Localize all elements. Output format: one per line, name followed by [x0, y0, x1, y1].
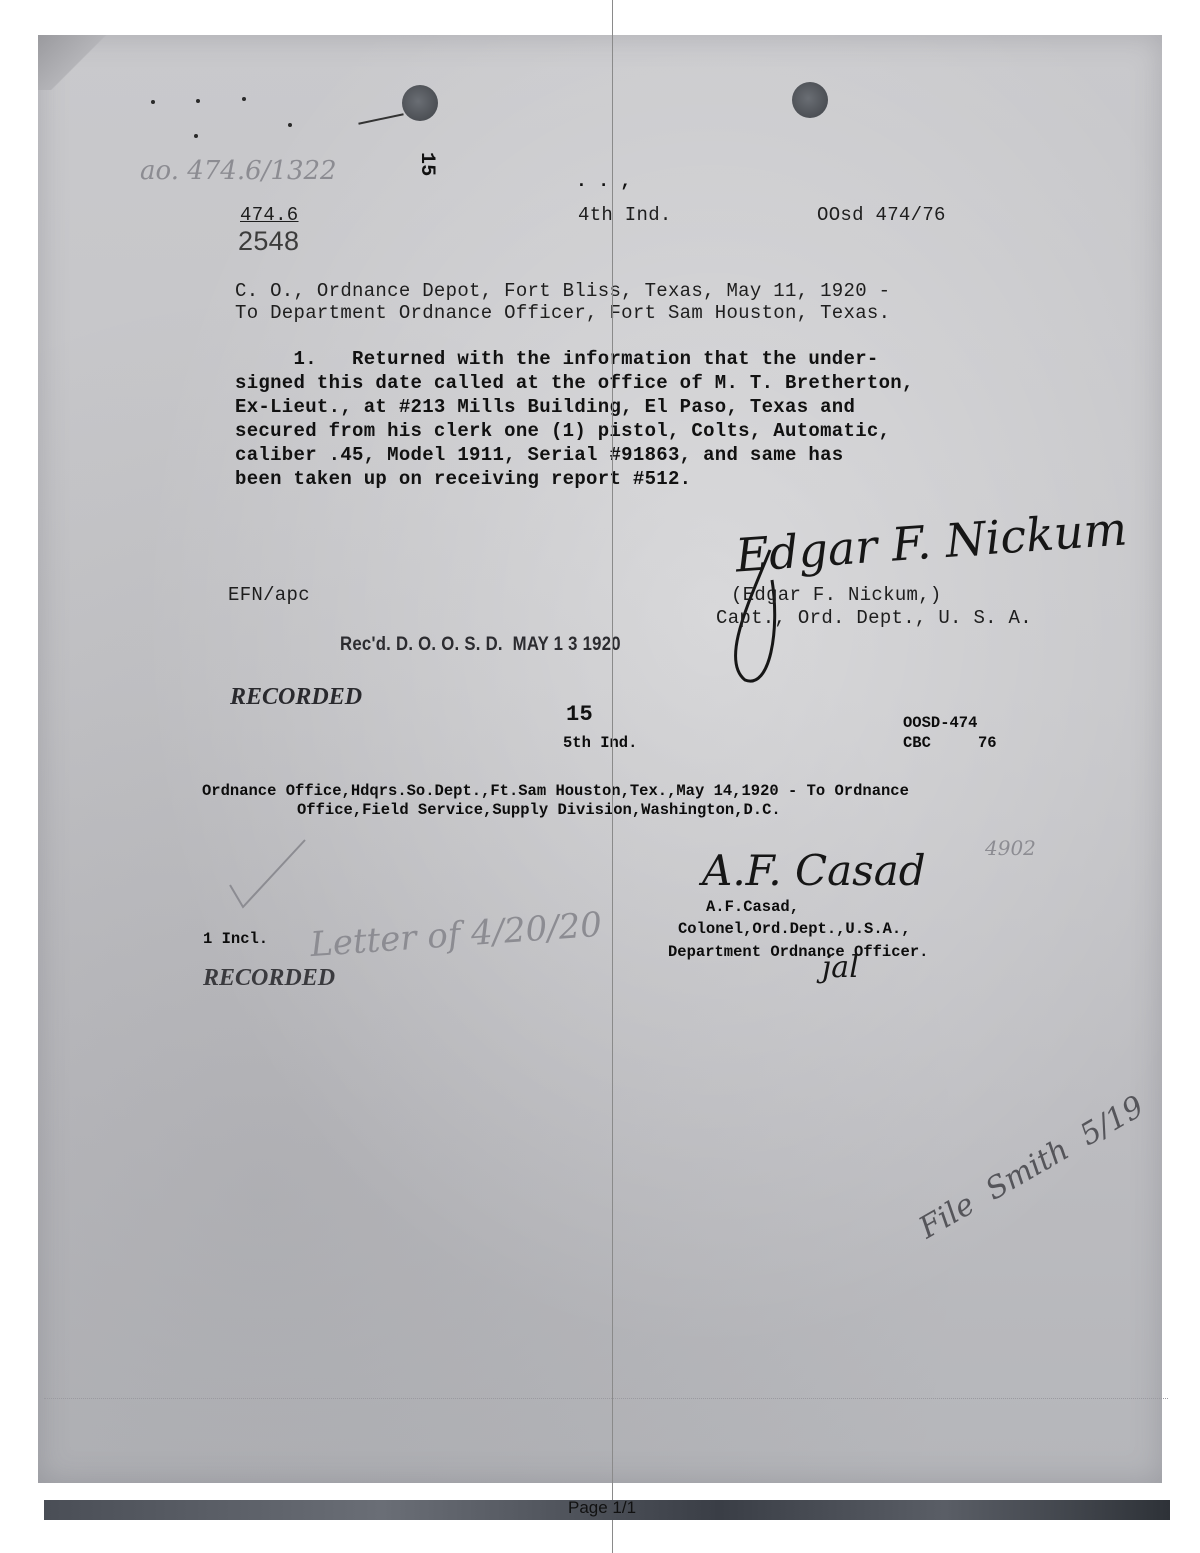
- corner-fold: [38, 35, 118, 90]
- paragraph-line: been taken up on receiving report #512.: [235, 468, 691, 490]
- signer-1-name: (Edgar F. Nickum,): [731, 584, 942, 606]
- indorsement-4-label: 4th Ind.: [578, 204, 672, 226]
- page-indicator: Page 1/1: [568, 1498, 636, 1518]
- received-stamp: Rec'd. D. O. O. S. D. MAY 1 3 1920: [340, 634, 621, 656]
- signer-2-initials: jal: [822, 950, 859, 985]
- speck: [288, 123, 292, 127]
- office-reference-5-label: CBC: [903, 734, 931, 752]
- file-number: 474.6: [240, 204, 299, 226]
- office-reference-5-top: OOSD-474: [903, 714, 977, 732]
- punch-hole-left: [402, 85, 438, 121]
- from-line-1: C. O., Ordnance Depot, Fort Bliss, Texas…: [235, 280, 890, 302]
- paragraph-line: caliber .45, Model 1911, Serial #91863, …: [235, 444, 844, 466]
- recorded-stamp-2: RECORDED: [203, 965, 335, 992]
- speck: [196, 99, 200, 103]
- pencil-file-reference: ao. 474.6/1322: [140, 156, 337, 186]
- mid-mark: 15: [566, 702, 593, 727]
- from-5-line-1: Ordnance Office,Hdqrs.So.Dept.,Ft.Sam Ho…: [202, 782, 909, 800]
- office-reference-5-number: 76: [978, 734, 997, 752]
- initials-reference: EFN/apc: [228, 584, 310, 606]
- paragraph-line: signed this date called at the office of…: [235, 372, 914, 394]
- pencil-number: 4902: [985, 836, 1036, 860]
- paragraph-line: Ex-Lieut., at #213 Mills Building, El Pa…: [235, 396, 855, 418]
- speck: [242, 97, 246, 101]
- document-page: [38, 35, 1162, 1483]
- enclosure-count: 1 Incl.: [203, 930, 268, 948]
- top-mark: 15: [415, 152, 438, 177]
- office-reference-4: OOsd 474/76: [817, 204, 946, 226]
- signer-2-name: A.F.Casad,: [706, 898, 799, 916]
- paragraph-line: 1. Returned with the information that th…: [235, 348, 879, 370]
- recorded-stamp-1: RECORDED: [230, 684, 362, 711]
- paragraph-line: secured from his clerk one (1) pistol, C…: [235, 420, 890, 442]
- punch-hole-right: [792, 82, 828, 118]
- from-line-2: To Department Ordnance Officer, Fort Sam…: [235, 302, 890, 324]
- speck: [194, 134, 198, 138]
- signature-casad: A.F. Casad: [702, 846, 926, 895]
- indorsement-5-label: 5th Ind.: [563, 734, 637, 752]
- top-mark-dots: . . ,: [576, 172, 632, 192]
- scan-fold-line: [612, 0, 613, 1553]
- from-5-line-2: Office,Field Service,Supply Division,Was…: [297, 801, 781, 819]
- file-subnumber: 2548: [238, 226, 299, 257]
- scan-artifact-line: [44, 1398, 1168, 1399]
- pencil-checkmark: [225, 835, 315, 915]
- signer-2-role: Department Ordnance Officer.: [668, 943, 928, 961]
- speck: [151, 100, 155, 104]
- signer-2-title: Colonel,Ord.Dept.,U.S.A.,: [678, 920, 911, 938]
- signer-1-title: Capt., Ord. Dept., U. S. A.: [716, 607, 1032, 629]
